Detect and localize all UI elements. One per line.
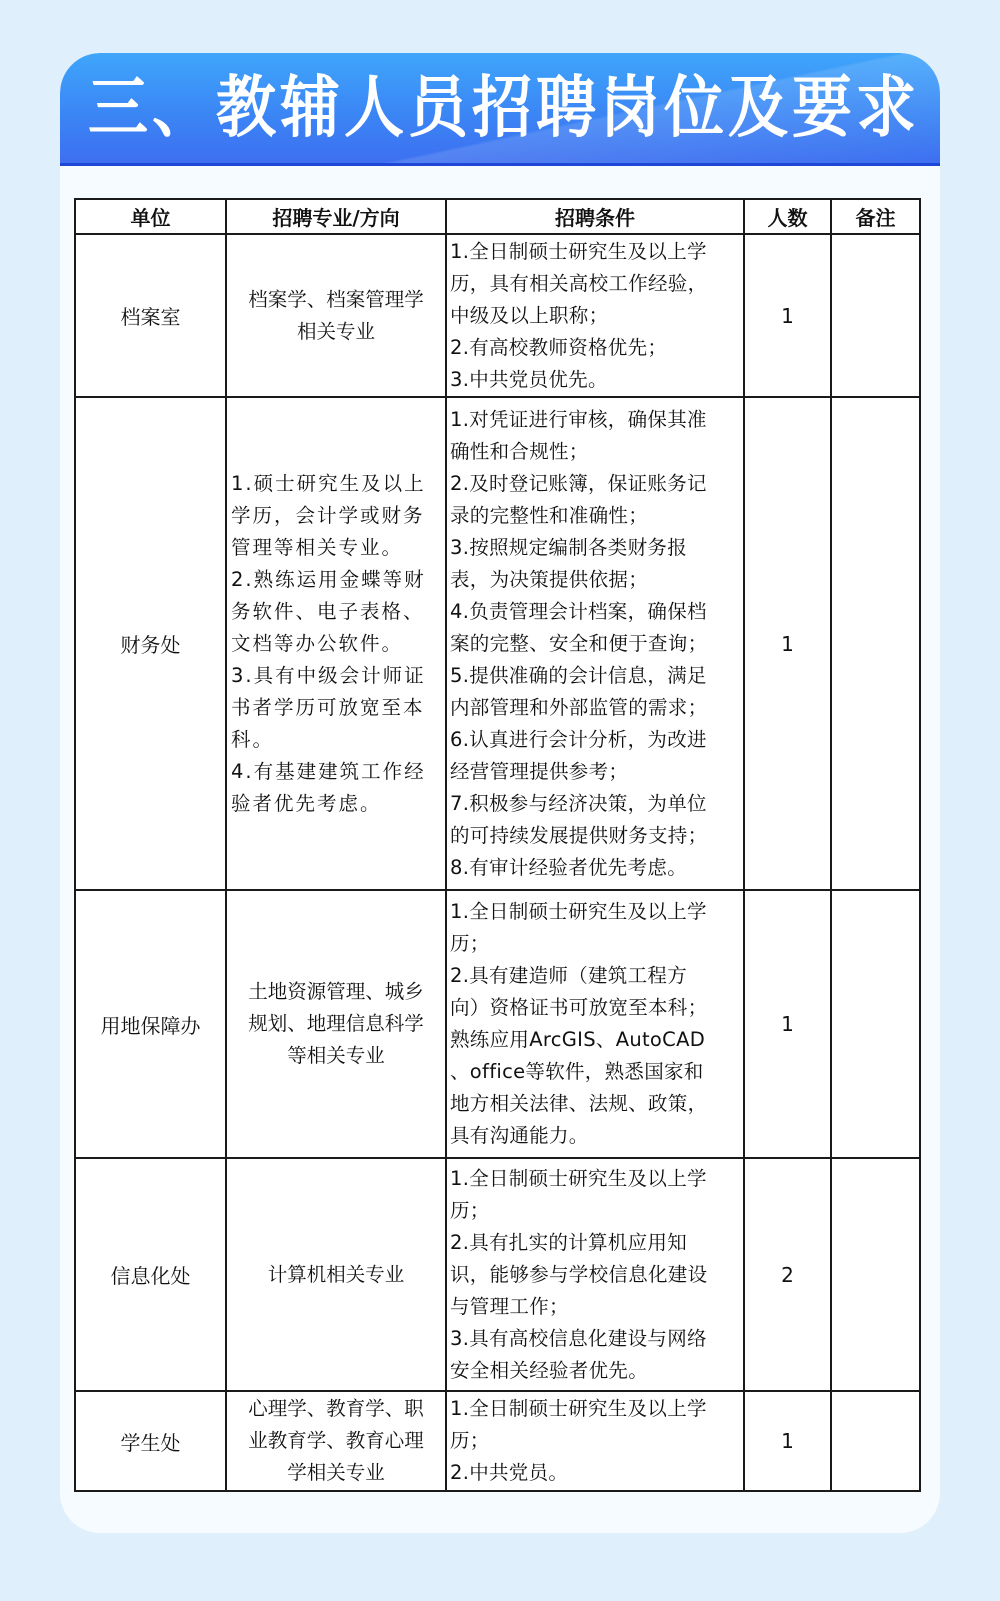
major-line: 书者学历可放宽至本 (231, 692, 441, 724)
major-line: 档案学、档案管理学 (227, 284, 445, 316)
condition-line: 5.提供准确的会计信息，满足 (450, 660, 740, 692)
major-cell: 心理学、教育学、职 业教育学、教育心理 学相关专业 (226, 1391, 446, 1491)
note-cell (831, 397, 920, 890)
condition-line: 1.全日制硕士研究生及以上学 (450, 1393, 740, 1425)
major-line: 规划、地理信息科学 (227, 1008, 445, 1040)
condition-line: 熟练应用ArcGIS、AutoCAD (450, 1024, 740, 1056)
conditions-cell: 1.全日制硕士研究生及以上学 历； 2.中共党员。 (446, 1391, 744, 1491)
condition-line: 具有沟通能力。 (450, 1120, 740, 1152)
conditions-cell: 1.全日制硕士研究生及以上学 历； 2.具有建造师（建筑工程方 向）资格证书可放… (446, 890, 744, 1158)
count-cell: 1 (744, 1391, 831, 1491)
header-conditions: 招聘条件 (446, 199, 744, 234)
note-cell (831, 1391, 920, 1491)
condition-line: 确性和合规性； (450, 436, 740, 468)
conditions-cell: 1.对凭证进行审核，确保其准 确性和合规性； 2.及时登记账簿，保证账务记 录的… (446, 397, 744, 890)
header-unit: 单位 (75, 199, 226, 234)
recruitment-table: 单位 招聘专业/方向 招聘条件 人数 备注 档案室 档案学、档案管理学 相关专业… (74, 198, 921, 1492)
major-line: 科。 (231, 724, 441, 756)
major-line: 4.有基建建筑工作经 (231, 756, 441, 788)
condition-line: 2.有高校教师资格优先； (450, 332, 740, 364)
condition-line: 4.负责管理会计档案，确保档 (450, 596, 740, 628)
condition-line: 2.具有扎实的计算机应用知 (450, 1227, 740, 1259)
condition-line: 1.对凭证进行审核，确保其准 (450, 404, 740, 436)
condition-line: 3.按照规定编制各类财务报 (450, 532, 740, 564)
table-row: 学生处 心理学、教育学、职 业教育学、教育心理 学相关专业 1.全日制硕士研究生… (75, 1391, 920, 1491)
major-cell: 计算机相关专业 (226, 1158, 446, 1391)
count-cell: 2 (744, 1158, 831, 1391)
conditions-cell: 1.全日制硕士研究生及以上学 历； 2.具有扎实的计算机应用知 识，能够参与学校… (446, 1158, 744, 1391)
major-line: 学历，会计学或财务 (231, 500, 441, 532)
condition-line: 2.及时登记账簿，保证账务记 (450, 468, 740, 500)
condition-line: 案的完整、安全和便于查询； (450, 628, 740, 660)
major-line: 务软件、电子表格、 (231, 596, 441, 628)
table-row: 财务处 1.硕士研究生及以上 学历，会计学或财务 管理等相关专业。 2.熟练运用… (75, 397, 920, 890)
count-cell: 1 (744, 890, 831, 1158)
major-line: 2.熟练运用金蝶等财 (231, 564, 441, 596)
condition-line: 历； (450, 1195, 740, 1227)
condition-line: 1.全日制硕士研究生及以上学 (450, 896, 740, 928)
major-line: 土地资源管理、城乡 (227, 976, 445, 1008)
condition-line: 1.全日制硕士研究生及以上学 (450, 236, 740, 268)
major-line: 业教育学、教育心理 (227, 1425, 445, 1457)
page-title: 三、教辅人员招聘岗位及要求 (88, 62, 920, 154)
major-line: 计算机相关专业 (227, 1259, 445, 1291)
unit-cell: 档案室 (75, 234, 226, 397)
count-cell: 1 (744, 397, 831, 890)
major-line: 学相关专业 (227, 1457, 445, 1489)
major-cell: 档案学、档案管理学 相关专业 (226, 234, 446, 397)
condition-line: 3.具有高校信息化建设与网络 (450, 1323, 740, 1355)
condition-line: 安全相关经验者优先。 (450, 1355, 740, 1387)
condition-line: 7.积极参与经济决策，为单位 (450, 788, 740, 820)
condition-line: 6.认真进行会计分析，为改进 (450, 724, 740, 756)
condition-line: 3.中共党员优先。 (450, 364, 740, 396)
major-line: 3.具有中级会计师证 (231, 660, 441, 692)
table-row: 档案室 档案学、档案管理学 相关专业 1.全日制硕士研究生及以上学 历，具有相关… (75, 234, 920, 397)
condition-line: 中级及以上职称； (450, 300, 740, 332)
condition-line: 录的完整性和准确性； (450, 500, 740, 532)
condition-line: 内部管理和外部监管的需求； (450, 692, 740, 724)
header-major: 招聘专业/方向 (226, 199, 446, 234)
unit-cell: 用地保障办 (75, 890, 226, 1158)
condition-line: 1.全日制硕士研究生及以上学 (450, 1163, 740, 1195)
table-row: 信息化处 计算机相关专业 1.全日制硕士研究生及以上学 历； 2.具有扎实的计算… (75, 1158, 920, 1391)
table-header-row: 单位 招聘专业/方向 招聘条件 人数 备注 (75, 199, 920, 234)
table-row: 用地保障办 土地资源管理、城乡 规划、地理信息科学 等相关专业 1.全日制硕士研… (75, 890, 920, 1158)
condition-line: 历，具有相关高校工作经验， (450, 268, 740, 300)
condition-line: 表，为决策提供依据； (450, 564, 740, 596)
condition-line: 、office等软件，熟悉国家和 (450, 1056, 740, 1088)
major-line: 等相关专业 (227, 1040, 445, 1072)
condition-line: 历； (450, 1425, 740, 1457)
condition-line: 识，能够参与学校信息化建设 (450, 1259, 740, 1291)
condition-line: 2.中共党员。 (450, 1457, 740, 1489)
major-cell: 土地资源管理、城乡 规划、地理信息科学 等相关专业 (226, 890, 446, 1158)
condition-line: 地方相关法律、法规、政策， (450, 1088, 740, 1120)
note-cell (831, 1158, 920, 1391)
unit-cell: 学生处 (75, 1391, 226, 1491)
major-line: 心理学、教育学、职 (227, 1393, 445, 1425)
major-line: 相关专业 (227, 316, 445, 348)
count-cell: 1 (744, 234, 831, 397)
major-line: 1.硕士研究生及以上 (231, 468, 441, 500)
condition-line: 历； (450, 928, 740, 960)
unit-cell: 财务处 (75, 397, 226, 890)
condition-line: 8.有审计经验者优先考虑。 (450, 852, 740, 884)
condition-line: 经营管理提供参考； (450, 756, 740, 788)
title-banner: 三、教辅人员招聘岗位及要求 (60, 53, 940, 166)
unit-cell: 信息化处 (75, 1158, 226, 1391)
header-count: 人数 (744, 199, 831, 234)
major-line: 文档等办公软件。 (231, 628, 441, 660)
conditions-cell: 1.全日制硕士研究生及以上学 历，具有相关高校工作经验， 中级及以上职称； 2.… (446, 234, 744, 397)
condition-line: 的可持续发展提供财务支持； (450, 820, 740, 852)
header-note: 备注 (831, 199, 920, 234)
condition-line: 向）资格证书可放宽至本科； (450, 992, 740, 1024)
condition-line: 2.具有建造师（建筑工程方 (450, 960, 740, 992)
major-cell: 1.硕士研究生及以上 学历，会计学或财务 管理等相关专业。 2.熟练运用金蝶等财… (226, 397, 446, 890)
major-line: 验者优先考虑。 (231, 788, 441, 820)
content-card: 三、教辅人员招聘岗位及要求 单位 招聘专业/方向 招聘条件 人数 备注 档案室 (60, 53, 940, 1533)
major-line: 管理等相关专业。 (231, 532, 441, 564)
note-cell (831, 234, 920, 397)
note-cell (831, 890, 920, 1158)
condition-line: 与管理工作； (450, 1291, 740, 1323)
